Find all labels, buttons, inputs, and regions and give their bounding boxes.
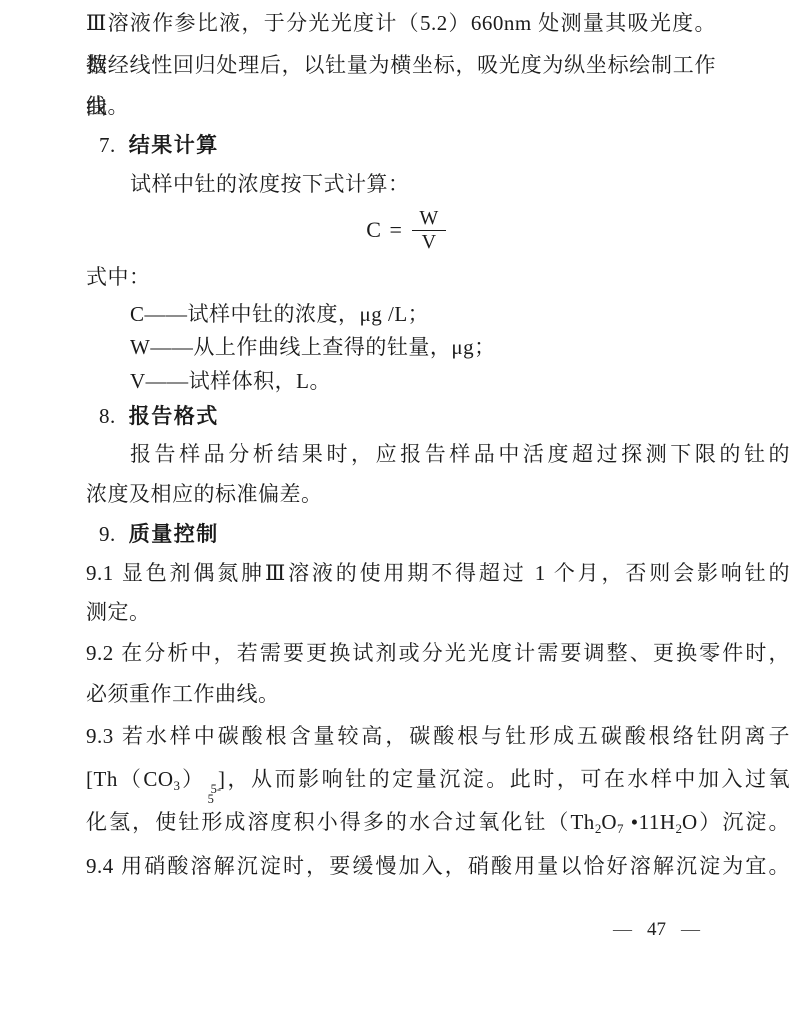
clause-9-1-line1: 9.1 显色剂偶氮胂Ⅲ溶液的使用期不得超过 1 个月，否则会影响钍的	[86, 554, 790, 592]
definition-v: V——试样体积，L。	[86, 364, 790, 398]
section-8-paragraph-line1: 报告样品分析结果时，应报告样品中活度超过探测下限的钍的	[86, 434, 790, 474]
section-7-lead-text: 试样中钍的浓度按下式计算：	[86, 164, 790, 204]
page-content: Ⅲ溶液作参比液，于分光光度计（5.2）660nm 处测量其吸光度。数 据经线性回…	[86, 0, 790, 888]
clause-9-3-line3: 化氢，使钍形成溶度积小得多的水合过氧化钍（Th2O7 •11H2O）沉淀。	[86, 800, 790, 844]
section-7-number: 7.	[99, 133, 116, 157]
section-8-title: 报告格式	[129, 404, 219, 428]
formula-lhs: C	[366, 204, 381, 256]
clause-9-3-line2: [Th（CO3）5-5]，从而影响钍的定量沉淀。此时，可在水样中加入过氧	[86, 758, 790, 800]
footer-left-dash: —	[613, 919, 632, 940]
footer-right-dash: —	[681, 919, 700, 940]
section-9-heading: 9.质量控制	[86, 514, 790, 554]
intro-paragraph-line1: Ⅲ溶液作参比液，于分光光度计（5.2）660nm 处测量其吸光度。数	[86, 2, 716, 44]
clause-9-2-line1: 9.2 在分析中，若需要更换试剂或分光光度计需要调整、更换零件时，	[86, 632, 790, 674]
clause-9-1-line2: 测定。	[86, 592, 790, 632]
section-7-heading: 7.结果计算	[86, 126, 790, 164]
formula-equals-sign: =	[389, 204, 402, 256]
clause-9-3-line2-text: ]，从而影响钍的定量沉淀。此时，可在水样中加入过氧	[218, 767, 790, 791]
intro-paragraph-line3: 线。	[86, 86, 790, 126]
intro-paragraph-line2: 据经线性回归处理后，以钍量为横坐标，吸光度为纵坐标绘制工作曲	[86, 44, 716, 86]
formula-fraction: W V	[412, 208, 445, 253]
document-page: Ⅲ溶液作参比液，于分光光度计（5.2）660nm 处测量其吸光度。数 据经线性回…	[0, 0, 800, 1013]
definition-c: C——试样中钍的浓度，μg /L；	[86, 298, 790, 330]
clause-9-2-line2: 必须重作工作曲线。	[86, 674, 790, 714]
page-number: 47	[647, 919, 666, 940]
section-9-number: 9.	[99, 522, 116, 546]
formula-denominator: V	[422, 231, 437, 253]
formula-numerator: W	[412, 208, 445, 231]
section-8-number: 8.	[99, 404, 116, 428]
page-number-footer: —47—	[613, 919, 700, 941]
section-8-heading: 8.报告格式	[86, 398, 790, 434]
thorium-carbonate-formula-start: [Th（CO	[86, 767, 174, 791]
clause-9-4-line: 9.4 用硝酸溶解沉淀时，要缓慢加入，硝酸用量以恰好溶解沉淀为宜。	[86, 844, 790, 888]
section-7-title: 结果计算	[129, 133, 219, 157]
section-9-title: 质量控制	[129, 522, 219, 546]
closing-paren: ）	[180, 767, 206, 791]
definition-w: W——从上作曲线上查得的钍量，μg；	[86, 330, 790, 364]
where-label: 式中：	[86, 256, 790, 298]
concentration-formula: C = W V	[86, 204, 726, 256]
superscript-charge-5-minus: 5-	[211, 784, 221, 794]
hydrate-text: •11H	[623, 810, 675, 834]
oxygen-symbol: O	[601, 810, 617, 834]
clause-9-3-line1: 9.3 若水样中碳酸根含量较高，碳酸根与钍形成五碳酸根络钍阴离子	[86, 714, 790, 758]
clause-9-3-line3-text-start: 化氢，使钍形成溶度积小得多的水合过氧化钍（Th	[86, 810, 595, 834]
clause-9-3-line3-text-end: O）沉淀。	[682, 810, 790, 834]
section-8-paragraph-line2: 浓度及相应的标准偏差。	[86, 474, 790, 514]
